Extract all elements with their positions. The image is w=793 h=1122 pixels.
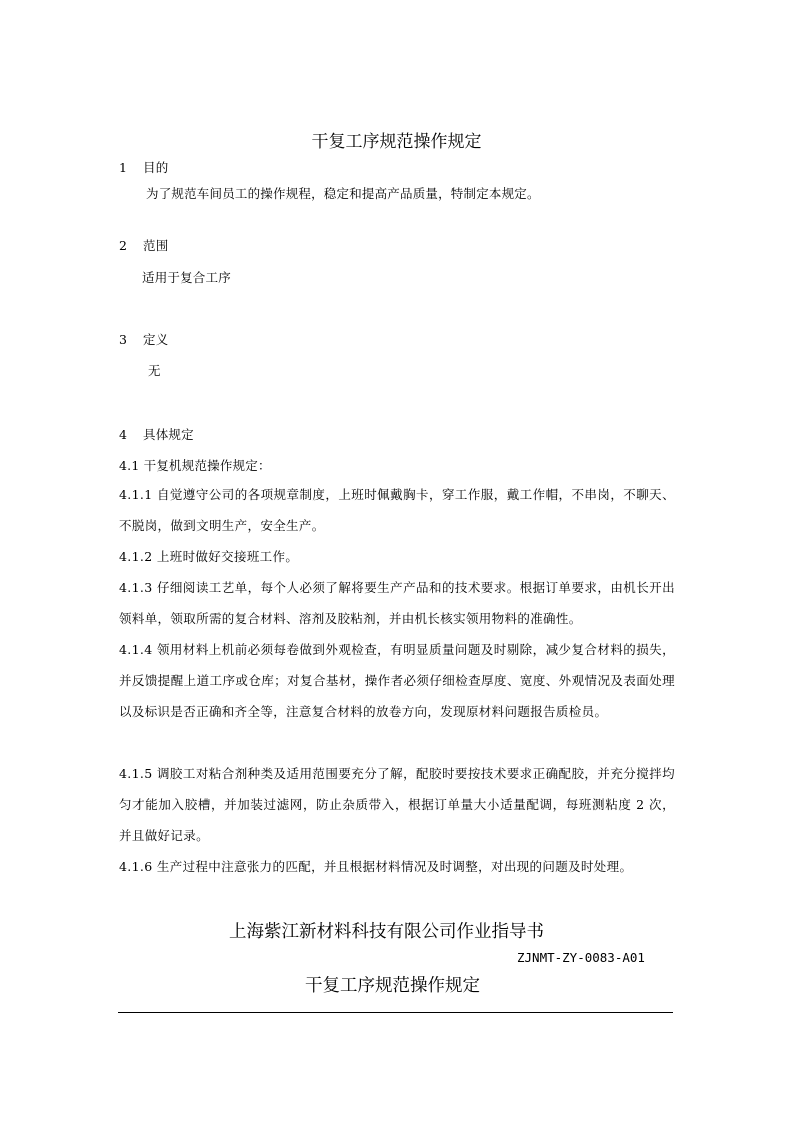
section-content-3: 无 — [148, 361, 161, 379]
clause-4-1-6: 4.1.6 生产过程中注意张力的匹配，并且根据材料情况及时调整，对出现的问题及时… — [119, 851, 675, 882]
document-code: ZJNMT-ZY-0083-A01 — [517, 950, 645, 965]
section-number: 4 — [119, 427, 143, 442]
section-heading-2: 2范围 — [119, 236, 168, 254]
clause-4-1-4: 4.1.4 领用材料上机前必须每卷做到外观检查，有明显质量问题及时剔除，减少复合… — [119, 634, 675, 727]
page-title: 干复工序规范操作规定 — [0, 127, 793, 152]
section-content-1: 为了规范车间员工的操作规程，稳定和提高产品质量，特制定本规定。 — [146, 184, 540, 202]
company-header: 上海紫江新材料科技有限公司作业指导书 — [229, 918, 544, 943]
clause-4-1-1: 4.1.1 自觉遵守公司的各项规章制度，上班时佩戴胸卡，穿工作服，戴工作帽，不串… — [119, 479, 675, 541]
section-heading-3: 3定义 — [119, 330, 168, 348]
section-content-2: 适用于复合工序 — [142, 268, 231, 286]
section-title: 范围 — [143, 238, 168, 253]
clause-4-1-3: 4.1.3 仔细阅读工艺单，每个人必须了解将要生产产品和的技术要求。根据订单要求… — [119, 572, 675, 634]
section-title: 目的 — [143, 160, 168, 175]
section-heading-1: 1目的 — [119, 158, 168, 176]
clause-4-1-5: 4.1.5 调胶工对粘合剂种类及适用范围要充分了解，配胶时要按技术要求正确配胶，… — [119, 758, 675, 851]
section-heading-4: 4具体规定 — [119, 425, 194, 443]
footer-title: 干复工序规范操作规定 — [305, 972, 480, 997]
section-number: 1 — [119, 160, 143, 175]
footer-divider — [118, 1012, 673, 1013]
section-title: 定义 — [143, 332, 168, 347]
clause-4-1-2: 4.1.2 上班时做好交接班工作。 — [119, 541, 675, 572]
section-number: 2 — [119, 238, 143, 253]
section-number: 3 — [119, 332, 143, 347]
section-title: 具体规定 — [143, 427, 194, 442]
subsection-4-1: 4.1 干复机规范操作规定： — [119, 456, 271, 474]
